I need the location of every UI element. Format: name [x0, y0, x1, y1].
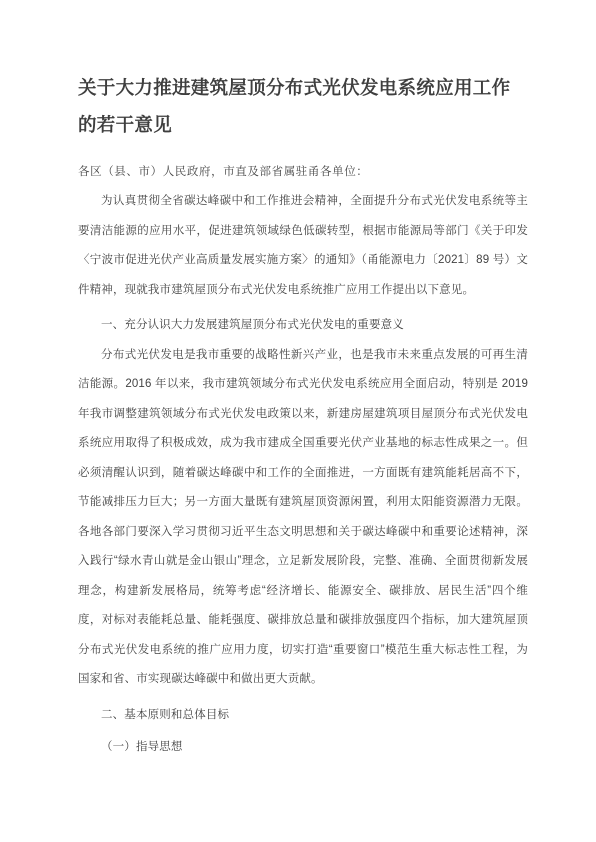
subsection-heading-guiding-ideology: （一）指导思想	[78, 733, 528, 763]
paragraph-significance: 分布式光伏发电是我市重要的战略性新兴产业，也是我市未来重点发展的可再生清洁能源。…	[78, 341, 528, 695]
paragraph-intro: 为认真贯彻全省碳达峰碳中和工作推进会精神，全面提升分布式光伏发电系统等主要清洁能…	[78, 187, 528, 305]
salutation-line: 各区（县、市）人民政府，市直及部省属驻甬各单位：	[78, 158, 528, 187]
document-page: 关于大力推进建筑屋顶分布式光伏发电系统应用工作的若干意见 各区（县、市）人民政府…	[0, 0, 596, 842]
section-heading-1: 一、充分认识大力发展建筑屋顶分布式光伏发电的重要意义	[78, 311, 528, 341]
document-title: 关于大力推进建筑屋顶分布式光伏发电系统应用工作的若干意见	[78, 69, 528, 143]
section-heading-2: 二、基本原则和总体目标	[78, 701, 528, 731]
